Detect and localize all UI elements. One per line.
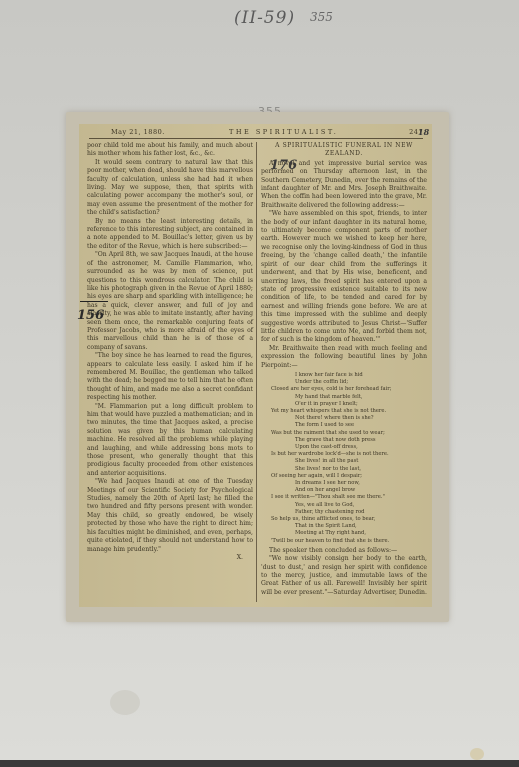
column-divider: [256, 142, 257, 602]
poem-line: Was but the raiment that she used to wea…: [261, 430, 427, 437]
poem-line: She lives! nor to the last,: [261, 466, 427, 473]
newspaper-title: THE SPIRITUALIST.: [229, 128, 338, 136]
issue-date: May 21, 1880.: [111, 128, 165, 136]
heading-line: A SPIRITUALISTIC FUNERAL IN NEW: [275, 142, 413, 149]
poem-line: The form I used to see: [261, 422, 427, 429]
poem-line: Upon the cast-off dress,: [261, 444, 427, 451]
paragraph: "M. Flammarion put a long difficult prob…: [87, 403, 253, 479]
poem-line: My hand that marble felt,: [261, 394, 427, 401]
paragraph: It would seem contrary to natural law th…: [87, 159, 253, 218]
ink-underline: [80, 301, 108, 302]
newspaper-header: May 21, 1880. THE SPIRITUALIST. 241: [89, 128, 423, 139]
poem-line: Of seeing her again, will I despair;: [261, 473, 427, 480]
paragraph: By no means the least interesting detail…: [87, 218, 253, 252]
paragraph: "The boy since he has learned to read th…: [87, 352, 253, 402]
margin-annotation: 176: [270, 158, 297, 173]
paragraph: "We now visibly consign her body to the …: [261, 555, 427, 597]
poem-line: Closed are her eyes, cold is her forehea…: [261, 386, 427, 393]
poem-line: I see it written—"Thou shalt see me ther…: [261, 494, 427, 501]
poem-line: Father, thy chastening rod: [261, 509, 427, 516]
article-heading: A SPIRITUALISTIC FUNERAL IN NEW ZEALAND.: [261, 142, 427, 159]
poem-line: 'Twill be our heaven to find that she is…: [261, 538, 427, 545]
paragraph: "We had Jacques Inaudi at one of the Tue…: [87, 478, 253, 554]
paper-stain: [470, 748, 484, 760]
newspaper-clipping: May 21, 1880. THE SPIRITUALIST. 241 poor…: [79, 124, 432, 607]
poem-line: Under the coffin lid;: [261, 379, 427, 386]
paragraph: Mr. Braithwaite then read with much feel…: [261, 345, 427, 370]
paragraph: The speaker then concluded as follows:—: [261, 547, 427, 555]
poem-line: Not there! where then is she?: [261, 415, 427, 422]
poem-line: I know her fair face is hid: [261, 372, 427, 379]
poem-line: The grave that now doth press: [261, 437, 427, 444]
poem-line: Yes, we all live to God,: [261, 502, 427, 509]
handwritten-number: 355: [310, 10, 333, 24]
poem-line: Yet my heart whispers that she is not th…: [261, 408, 427, 415]
paragraph: "On April 8th, we saw Jacques Inaudi, at…: [87, 251, 253, 352]
left-column: poor child told me about his family, and…: [87, 142, 253, 562]
signoff: X.: [87, 554, 253, 562]
margin-annotation: 18: [418, 127, 429, 137]
paragraph: "We have assembled on this spot, friends…: [261, 210, 427, 345]
scan-edge: [0, 760, 519, 767]
right-column: A SPIRITUALISTIC FUNERAL IN NEW ZEALAND.…: [261, 142, 427, 597]
poem-line: Meeting at Thy right hand,: [261, 530, 427, 537]
poem-line: That in the Spirit Land,: [261, 523, 427, 530]
poem-line: Is but her wardrobe lock'd—she is not th…: [261, 451, 427, 458]
poem-line: O'er it in prayer I knelt;: [261, 401, 427, 408]
paragraph: poor child told me about his family, and…: [87, 142, 253, 159]
handwritten-reference: (II-59): [234, 8, 295, 28]
heading-line: ZEALAND.: [325, 150, 363, 157]
poem: I know her fair face is hidUnder the cof…: [261, 372, 427, 545]
poem-line: She lives! in all the past: [261, 458, 427, 465]
poem-line: And on her angel brow: [261, 487, 427, 494]
poem-line: So help us, thine afflicted ones, to bea…: [261, 516, 427, 523]
poem-line: In dreams I see her now,: [261, 480, 427, 487]
margin-annotation: 156: [77, 308, 104, 323]
paper-stain: [110, 690, 140, 715]
